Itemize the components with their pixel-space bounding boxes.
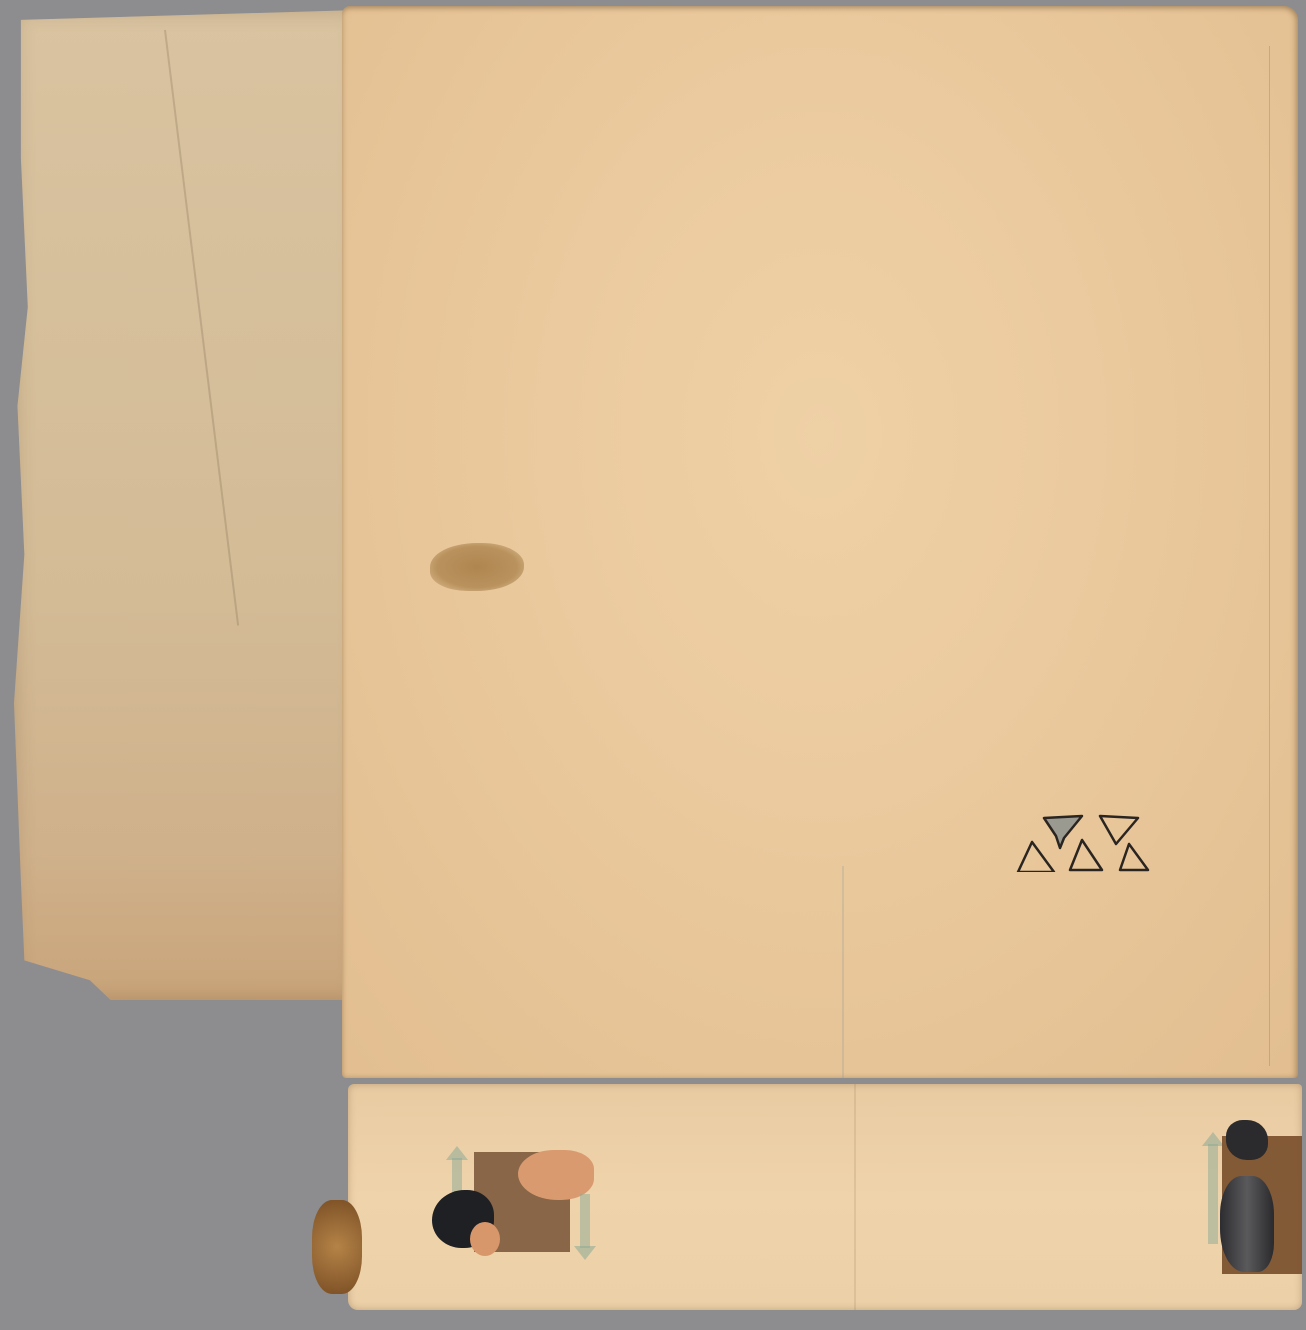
metal-residue bbox=[1226, 1120, 1268, 1160]
water-stain bbox=[430, 543, 524, 591]
bottom-strip bbox=[348, 1084, 1302, 1310]
main-page bbox=[342, 6, 1298, 1078]
arrow-down-icon bbox=[580, 1194, 590, 1248]
adhesive-residue bbox=[518, 1150, 594, 1200]
adhesive-residue bbox=[470, 1222, 500, 1256]
metal-residue bbox=[1220, 1176, 1274, 1272]
triangle-mark-icon bbox=[1002, 802, 1152, 872]
strip-fold bbox=[854, 1084, 856, 1310]
back-page: ...VETY, ...ERICA, ...HIS HEAD ...HED ..… bbox=[14, 10, 359, 1000]
margin-line bbox=[1269, 46, 1270, 1066]
arrow-up-icon bbox=[1208, 1144, 1218, 1244]
torn-corner-fragment bbox=[312, 1200, 362, 1294]
page-fold bbox=[842, 866, 844, 1078]
paper-crease bbox=[164, 30, 239, 626]
